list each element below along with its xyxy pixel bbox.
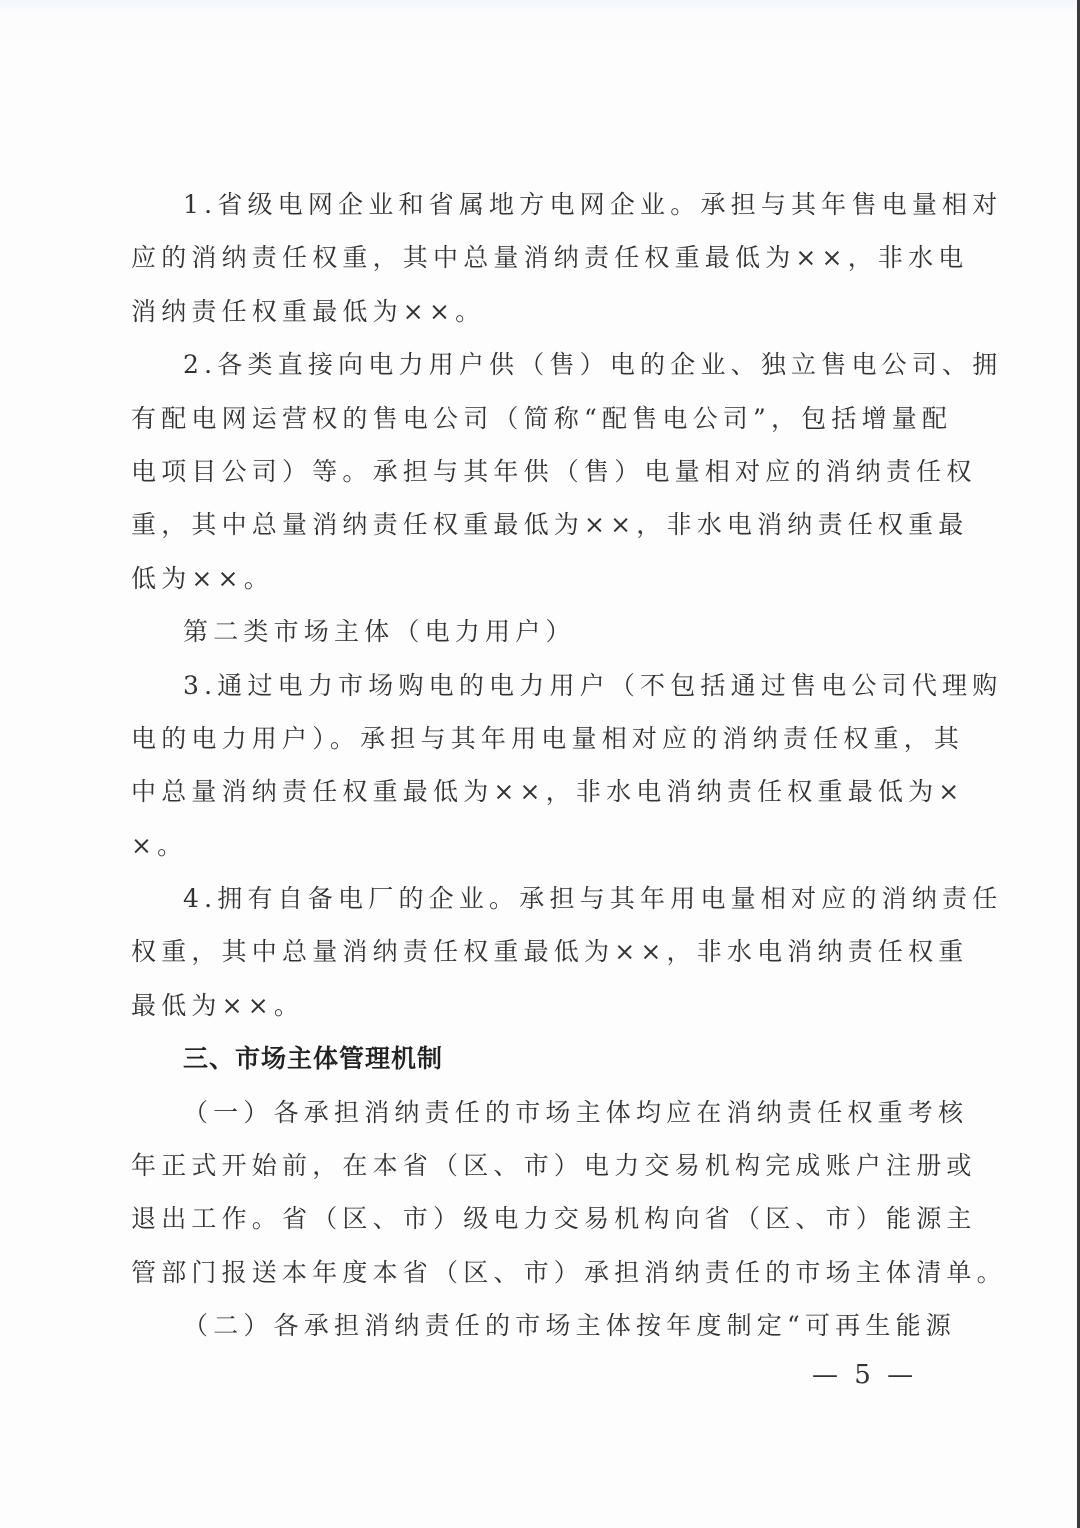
section-title: 三、市场主体管理机制 xyxy=(131,1032,921,1085)
text-line: 重，其中总量消纳责任权重最低为××，非水电消纳责任权重最 xyxy=(131,498,921,551)
text-line: 4.拥有自备电厂的企业。承担与其年用电量相对应的消纳责任 xyxy=(131,872,921,925)
text-line: 3.通过电力市场购电的电力用户（不包括通过售电公司代理购 xyxy=(131,659,921,712)
document-page: 1.省级电网企业和省属地方电网企业。承担与其年售电量相对 应的消纳责任权重，其中… xyxy=(0,0,1080,1528)
text-line: 退出工作。省（区、市）级电力交易机构向省（区、市）能源主 xyxy=(131,1192,921,1245)
text-line: 年正式开始前，在本省（区、市）电力交易机构完成账户注册或 xyxy=(131,1139,921,1192)
text-line: 1.省级电网企业和省属地方电网企业。承担与其年售电量相对 xyxy=(131,178,921,231)
paragraph-clause-1: （一）各承担消纳责任的市场主体均应在消纳责任权重考核 年正式开始前，在本省（区、… xyxy=(131,1086,921,1300)
text-line: 最低为××。 xyxy=(131,979,921,1032)
document-body: 1.省级电网企业和省属地方电网企业。承担与其年售电量相对 应的消纳责任权重，其中… xyxy=(131,178,921,1353)
paragraph-item-3: 3.通过电力市场购电的电力用户（不包括通过售电公司代理购 电的电力用户）。承担与… xyxy=(131,659,921,873)
paragraph-clause-2: （二）各承担消纳责任的市场主体按年度制定“可再生能源 xyxy=(131,1299,921,1352)
text-line: ×。 xyxy=(131,819,921,872)
text-line: 有配电网运营权的售电公司（简称“配售电公司”，包括增量配 xyxy=(131,392,921,445)
paragraph-item-1: 1.省级电网企业和省属地方电网企业。承担与其年售电量相对 应的消纳责任权重，其中… xyxy=(131,178,921,338)
text-line: 管部门报送本年度本省（区、市）承担消纳责任的市场主体清单。 xyxy=(131,1246,921,1299)
text-line: 低为××。 xyxy=(131,552,921,605)
text-line: （一）各承担消纳责任的市场主体均应在消纳责任权重考核 xyxy=(131,1086,921,1139)
text-line: 中总量消纳责任权重最低为××，非水电消纳责任权重最低为× xyxy=(131,765,921,818)
page-number: — 5 — xyxy=(812,1360,917,1390)
paragraph-item-2: 2.各类直接向电力用户供（售）电的企业、独立售电公司、拥 有配电网运营权的售电公… xyxy=(131,338,921,605)
text-line: 2.各类直接向电力用户供（售）电的企业、独立售电公司、拥 xyxy=(131,338,921,391)
text-line: 电的电力用户）。承担与其年用电量相对应的消纳责任权重，其 xyxy=(131,712,921,765)
text-line: 权重，其中总量消纳责任权重最低为××，非水电消纳责任权重 xyxy=(131,925,921,978)
text-line: 电项目公司）等。承担与其年供（售）电量相对应的消纳责任权 xyxy=(131,445,921,498)
section-heading: 三、市场主体管理机制 xyxy=(131,1032,921,1085)
text-line: （二）各承担消纳责任的市场主体按年度制定“可再生能源 xyxy=(131,1299,921,1352)
category-heading: 第二类市场主体（电力用户） xyxy=(131,605,921,658)
text-line: 应的消纳责任权重，其中总量消纳责任权重最低为××，非水电 xyxy=(131,231,921,284)
text-line: 第二类市场主体（电力用户） xyxy=(131,605,921,658)
paragraph-item-4: 4.拥有自备电厂的企业。承担与其年用电量相对应的消纳责任 权重，其中总量消纳责任… xyxy=(131,872,921,1032)
text-line: 消纳责任权重最低为××。 xyxy=(131,285,921,338)
